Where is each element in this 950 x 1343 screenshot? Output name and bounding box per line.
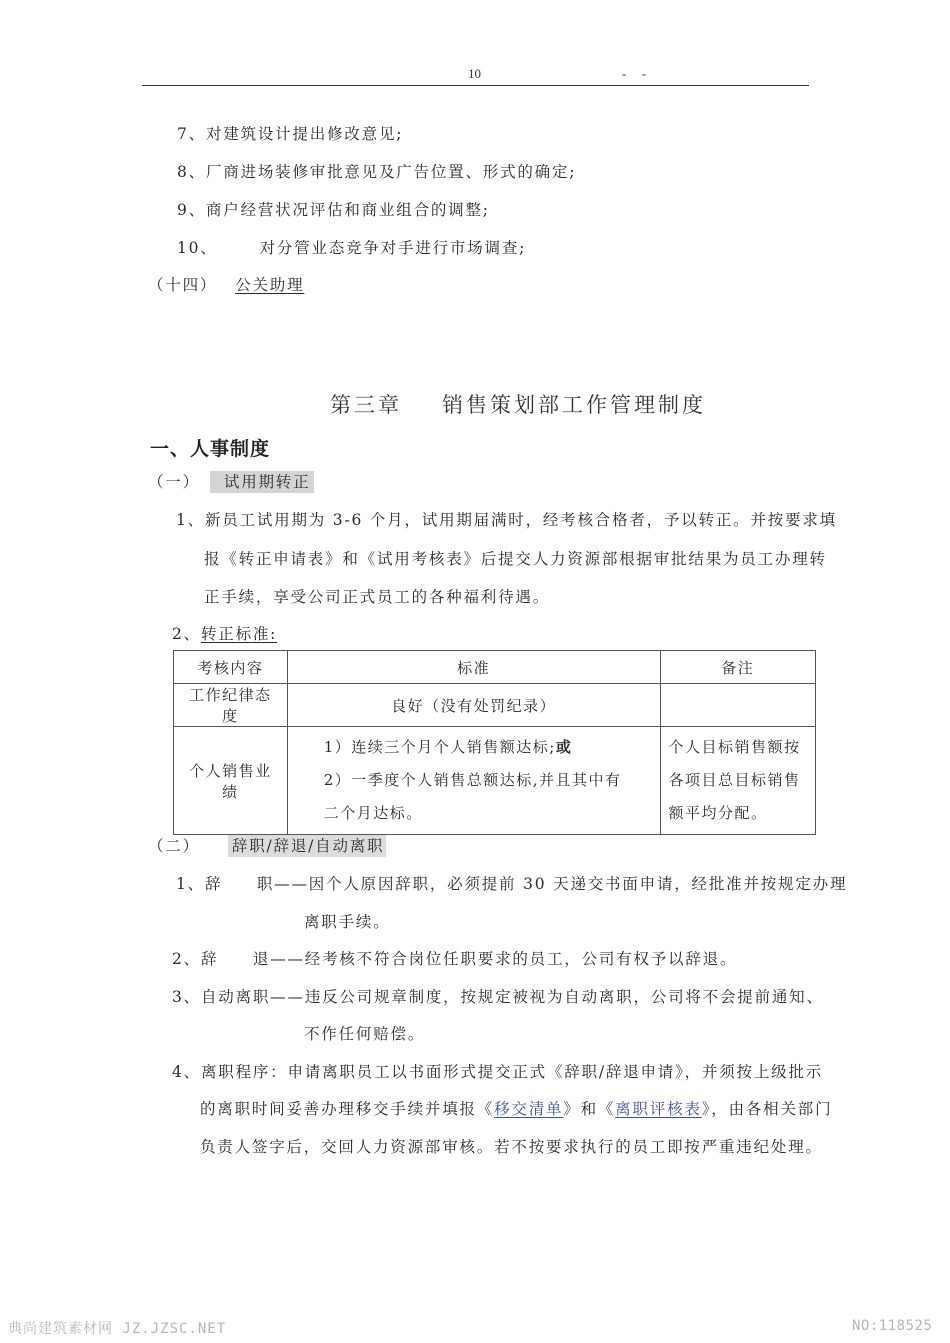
table-cell: 工作纪律态度 [174, 684, 288, 727]
paragraph-line: 3、自动离职——违反公司规章制度，按规定被视为自动离职，公司将不会提前通知、 [172, 987, 824, 1007]
header-rule [142, 85, 809, 86]
table-header: 标准 [287, 651, 660, 684]
paragraph-line: 1、新员工试用期为 3-6 个月，试用期届满时，经考核合格者，予以转正。并按要求… [176, 510, 837, 530]
paragraph-line: 4、离职程序：申请离职员工以书面形式提交正式《辞职/辞退申请》，并须按上级批示 [172, 1062, 823, 1082]
paragraph-line: 不作任何赔偿。 [304, 1024, 425, 1044]
list-item-number: 8、 [177, 163, 206, 181]
table-row: 个人销售业绩 1）连续三个月个人销售额达标;或 2）一季度个人销售总额达标,并且… [174, 727, 816, 835]
list-item-number: 7、 [177, 125, 206, 143]
part-number: （一） [148, 473, 200, 491]
table-header: 备注 [660, 651, 815, 684]
list-item: 9、商户经营状况评估和商业组合的调整; [177, 200, 490, 220]
subsection-heading: （十四）公关助理 [148, 275, 304, 295]
section-heading: 一、人事制度 [150, 434, 270, 461]
page-number: 10 [468, 66, 481, 82]
paragraph-line: 的离职时间妥善办理移交手续并填报《移交清单》和《离职评核表》，由各相关部门 [200, 1099, 832, 1119]
table-cell: 个人目标销售额按 各项目总目标销售 额平均分配。 [660, 727, 815, 835]
part-heading: （二）辞职/辞退/自动离职 [148, 836, 386, 856]
promotion-criteria-table: 考核内容 标准 备注 工作纪律态度 良好（没有处罚纪录） 个人销售业绩 1）连续… [173, 650, 816, 835]
paragraph-line: 报《转正申请表》和《试用考核表》后提交人力资源部根据审批结果为员工办理转 [204, 549, 827, 569]
subsection-title: 公关助理 [235, 276, 304, 294]
part-title: 辞职/辞退/自动离职 [228, 835, 386, 857]
list-item: 7、对建筑设计提出修改意见; [177, 124, 403, 144]
handover-list-link[interactable]: 移交清单 [494, 1100, 563, 1118]
item-title: 转正标准: [201, 625, 277, 643]
chapter-title: 销售策划部工作管理制度 [442, 389, 706, 419]
paragraph-line: 离职手续。 [304, 912, 391, 932]
list-item: 8、厂商进场装修审批意见及广告位置、形式的确定; [177, 162, 576, 182]
paragraph-line: 2、辞 退——经考核不符合岗位任职要求的员工，公司有权予以辞退。 [172, 949, 737, 969]
table-cell: 1）连续三个月个人销售额达标;或 2）一季度个人销售总额达标,并且其中有 二个月… [287, 727, 660, 835]
table-header-row: 考核内容 标准 备注 [174, 651, 816, 684]
list-item-text: 厂商进场装修审批意见及广告位置、形式的确定; [206, 163, 576, 181]
table-header: 考核内容 [174, 651, 288, 684]
watermark-number: NO:118525 [852, 1318, 932, 1334]
list-item-text: 对建筑设计提出修改意见; [206, 125, 403, 143]
part-heading: （一）试用期转正 [148, 472, 314, 492]
list-item-number: 9、 [177, 201, 206, 219]
list-item-number: 10、 [177, 239, 218, 257]
header-dashes: - - [622, 66, 652, 82]
chapter-number: 第三章 [330, 389, 402, 419]
subsection-number: （十四） [148, 276, 217, 294]
paragraph-line: 1、辞 职——因个人原因辞职，必须提前 30 天递交书面申请，经批准并按规定办理 [176, 874, 847, 894]
table-row: 工作纪律态度 良好（没有处罚纪录） [174, 684, 816, 727]
watermark-site: 典尚建筑素材网 JZ.JZSC.NET [8, 1318, 226, 1338]
list-item-text: 商户经营状况评估和商业组合的调整; [206, 201, 490, 219]
part-title: 试用期转正 [210, 471, 315, 493]
table-cell: 良好（没有处罚纪录） [287, 684, 660, 727]
table-cell [660, 684, 815, 727]
part-number: （二） [148, 837, 200, 855]
list-item: 10、对分管业态竞争对手进行市场调查; [177, 238, 526, 258]
paragraph-line: 正手续，享受公司正式员工的各种福利待遇。 [204, 587, 550, 607]
list-item-text: 对分管业态竞争对手进行市场调查; [260, 239, 527, 257]
paragraph-line: 负责人签字后，交回人力资源部审核。若不按要求执行的员工即按严重违纪处理。 [200, 1137, 823, 1157]
table-cell: 个人销售业绩 [174, 727, 288, 835]
item-heading: 2、转正标准: [172, 624, 277, 644]
resignation-review-form-link[interactable]: 离职评核表 [615, 1100, 702, 1118]
